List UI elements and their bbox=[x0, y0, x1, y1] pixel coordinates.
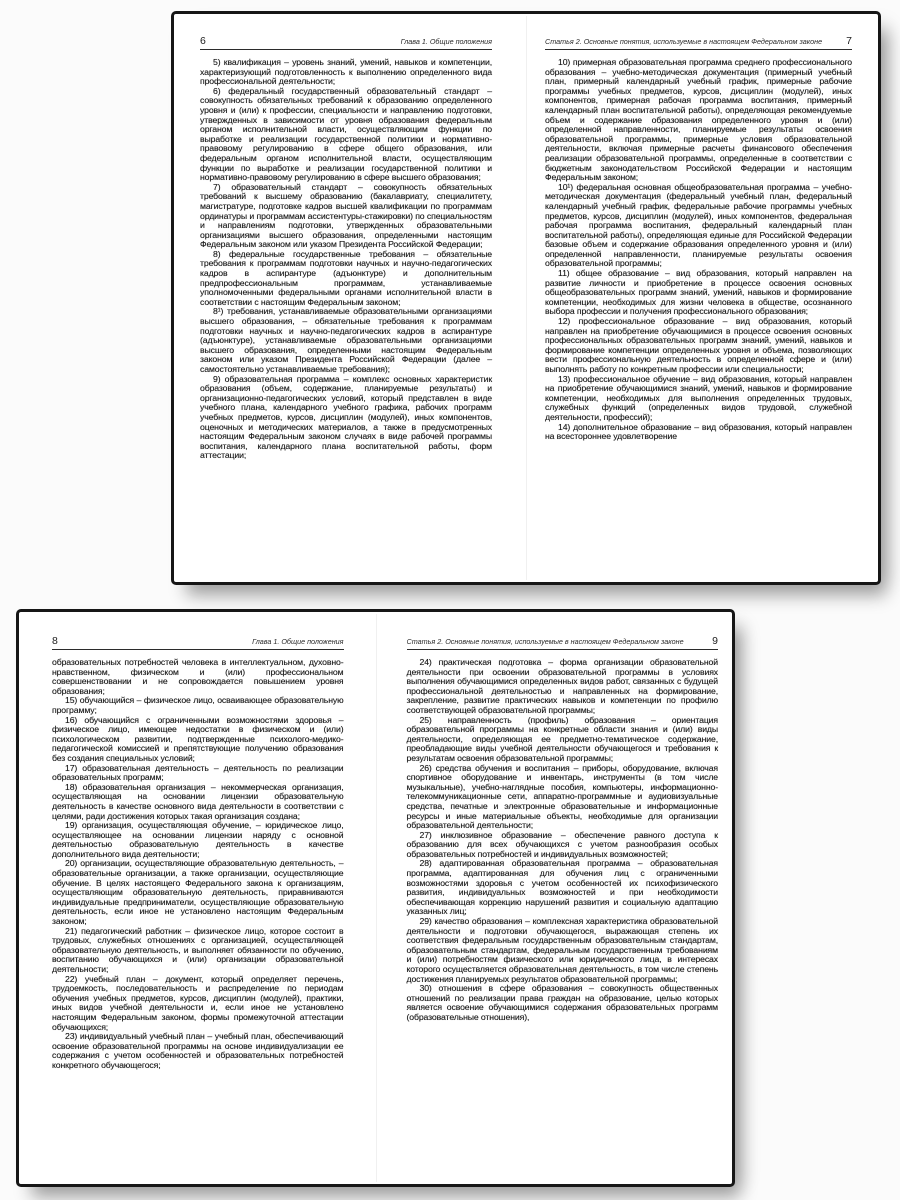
paragraph: 25) направленность (профиль) образования… bbox=[407, 716, 719, 764]
page-number: 6 bbox=[200, 36, 206, 46]
paragraph: 12) профессиональное образование – вид о… bbox=[545, 317, 852, 375]
paragraph: 22) учебный план – документ, который опр… bbox=[52, 975, 344, 1033]
page-7: Статья 2. Основные понятия, используемые… bbox=[526, 14, 878, 582]
running-title: Статья 2. Основные понятия, используемые… bbox=[545, 37, 822, 46]
paragraph: 20) организации, осуществляющие образова… bbox=[52, 859, 344, 926]
paragraph: образовательных потребностей человека в … bbox=[52, 658, 344, 696]
paragraph: 14) дополнительное образование – вид обр… bbox=[545, 423, 852, 442]
paragraph: 8) федеральные государственные требовани… bbox=[200, 250, 492, 308]
paragraph: 7) образовательный стандарт – совокупнос… bbox=[200, 183, 492, 250]
paragraph: 10¹) федеральная основная общеобразовате… bbox=[545, 183, 852, 269]
page-8: 8 Глава 1. Общие положения образовательн… bbox=[19, 612, 376, 1184]
book-spread-top: 6 Глава 1. Общие положения 5) квалификац… bbox=[171, 11, 881, 585]
paragraph: 27) инклюзивное образование – обеспечени… bbox=[407, 831, 719, 860]
page-text: 10) примерная образовательная программа … bbox=[545, 58, 852, 442]
running-title: Глава 1. Общие положения bbox=[252, 637, 343, 646]
paragraph: 16) обучающийся с ограниченными возможно… bbox=[52, 716, 344, 764]
paragraph: 30) отношения в сфере образования – сово… bbox=[407, 984, 719, 1022]
paragraph: 13) профессиональное обучение – вид обра… bbox=[545, 375, 852, 423]
paragraph: 15) обучающийся – физическое лицо, осваи… bbox=[52, 696, 344, 715]
page-number: 8 bbox=[52, 636, 58, 646]
paragraph: 8¹) требования, устанавливаемые образова… bbox=[200, 307, 492, 374]
paragraph: 10) примерная образовательная программа … bbox=[545, 58, 852, 183]
paragraph: 23) индивидуальный учебный план – учебны… bbox=[52, 1032, 344, 1070]
page-header: 6 Глава 1. Общие положения bbox=[200, 36, 492, 50]
paragraph: 18) образовательная организация – некомм… bbox=[52, 783, 344, 821]
page-text: 5) квалификация – уровень знаний, умений… bbox=[200, 58, 492, 461]
paragraph: 21) педагогический работник – физическое… bbox=[52, 927, 344, 975]
paragraph: 17) образовательная деятельность – деяте… bbox=[52, 764, 344, 783]
running-title: Глава 1. Общие положения bbox=[401, 37, 492, 46]
page-header: Статья 2. Основные понятия, используемые… bbox=[407, 636, 719, 650]
paragraph: 29) качество образования – комплексная х… bbox=[407, 917, 719, 984]
page-header: Статья 2. Основные понятия, используемые… bbox=[545, 36, 852, 50]
page-text: образовательных потребностей человека в … bbox=[52, 658, 344, 1071]
paragraph: 9) образовательная программа – комплекс … bbox=[200, 375, 492, 461]
book-spread-bottom: 8 Глава 1. Общие положения образовательн… bbox=[16, 609, 735, 1187]
paragraph: 24) практическая подготовка – форма орга… bbox=[407, 658, 719, 716]
paragraph: 11) общее образование – вид образования,… bbox=[545, 269, 852, 317]
paragraph: 19) организация, осуществляющая обучение… bbox=[52, 821, 344, 859]
paragraph: 6) федеральный государственный образоват… bbox=[200, 87, 492, 183]
running-title: Статья 2. Основные понятия, используемые… bbox=[407, 637, 684, 646]
page-text: 24) практическая подготовка – форма орга… bbox=[407, 658, 719, 1023]
page-header: 8 Глава 1. Общие положения bbox=[52, 636, 344, 650]
page-number: 9 bbox=[712, 636, 718, 646]
page-9: Статья 2. Основные понятия, используемые… bbox=[376, 612, 733, 1184]
paragraph: 5) квалификация – уровень знаний, умений… bbox=[200, 58, 492, 87]
page-number: 7 bbox=[846, 36, 852, 46]
page-6: 6 Глава 1. Общие положения 5) квалификац… bbox=[174, 14, 526, 582]
book-photo: { "colors":{ "background":"#fbfbfb", "pa… bbox=[0, 0, 900, 1200]
paragraph: 28) адаптированная образовательная прогр… bbox=[407, 859, 719, 917]
paragraph: 26) средства обучения и воспитания – при… bbox=[407, 764, 719, 831]
